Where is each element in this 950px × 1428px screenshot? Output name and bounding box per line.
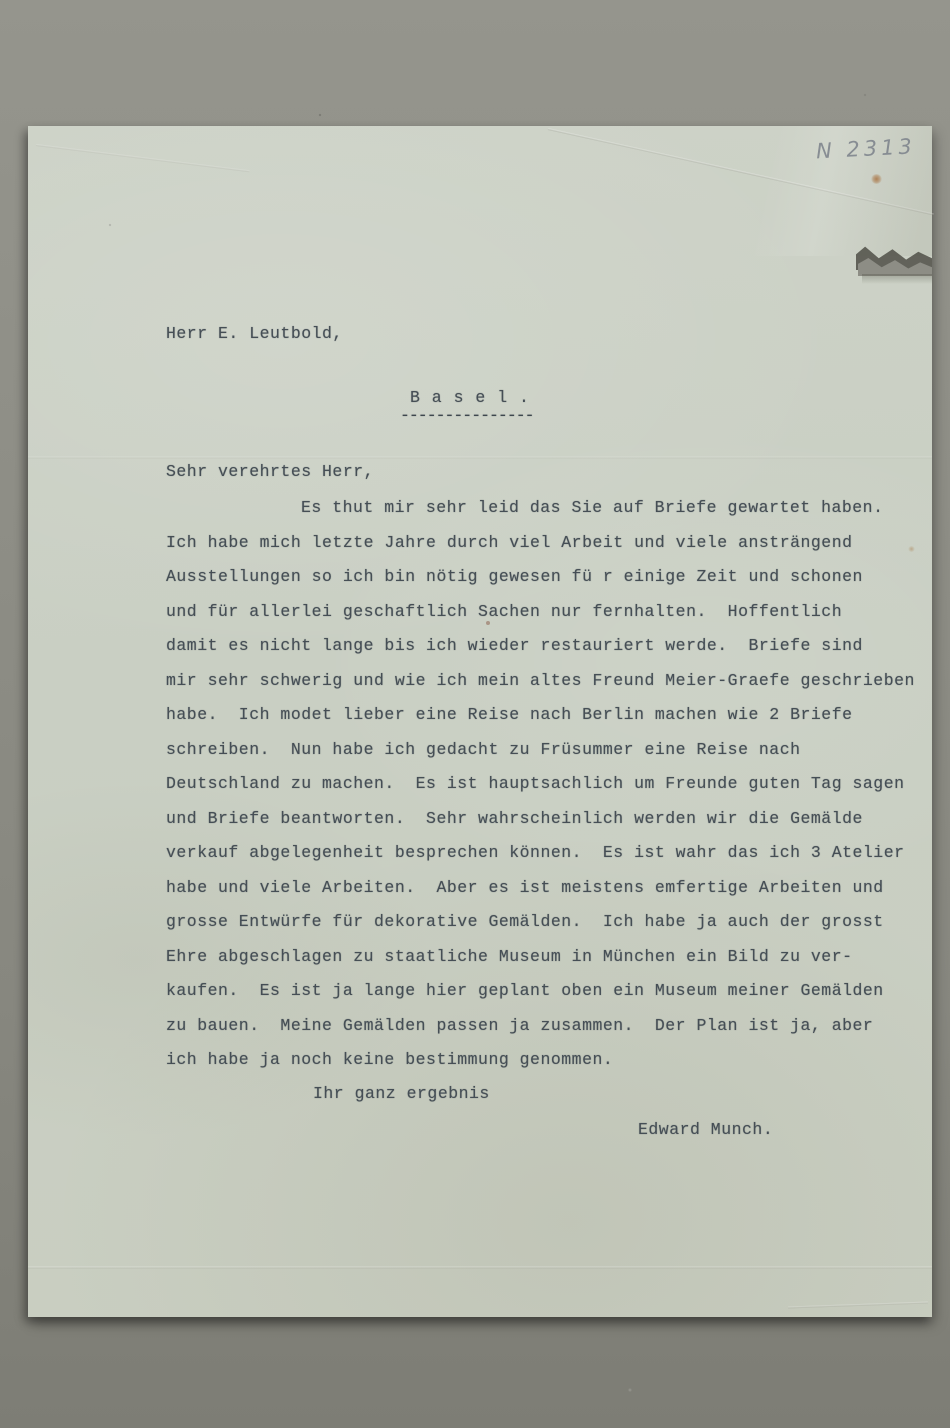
letter-line: verkauf abgelegenheit besprechen können.… [166,843,905,862]
letter-line: Deutschland zu machen. Es ist hauptsachl… [166,774,905,793]
photo-backdrop: N 2313 Herr E. Leutbold, B a s e l . ---… [0,0,950,1428]
salutation-line: Sehr verehrtes Herr, [166,462,374,481]
fold-crease [28,456,932,459]
stain-spot [486,621,490,625]
letter-line: kaufen. Es ist ja lange hier geplant obe… [166,981,884,1000]
letter-line: damit es nicht lange bis ich wieder rest… [166,636,863,655]
letter-line: Es thut mir sehr leid das Sie auf Briefe… [166,498,884,517]
crease-line [36,144,250,172]
letter-line: ich habe ja noch keine bestimmung genomm… [166,1050,613,1069]
letter-line: habe. Ich modet lieber eine Reise nach B… [166,705,853,724]
fold-crease [28,1266,932,1269]
letter-line: Ich habe mich letzte Jahre durch viel Ar… [166,533,853,552]
crease-line [788,1302,928,1309]
place-line: B a s e l . [410,388,530,407]
place-underline: --------------- [400,406,534,425]
stain-spot [871,174,882,184]
recipient-line: Herr E. Leutbold, [166,324,343,343]
letter-line: Ausstellungen so ich bin nötig gewesen f… [166,567,863,586]
letter-page: N 2313 Herr E. Leutbold, B a s e l . ---… [28,126,932,1317]
letter-line: Ehre abgeschlagen zu staatliche Museum i… [166,947,853,966]
archival-number: N 2313 [815,133,946,164]
letter-line: grosse Entwürfe für dekorative Gemälden.… [166,912,884,931]
torn-notch-edge [862,274,932,284]
closing-line: Ihr ganz ergebnis [313,1084,490,1103]
stain-spot [908,546,915,552]
letter-line: zu bauen. Meine Gemälden passen ja zusam… [166,1016,873,1035]
letter-line: habe und viele Arbeiten. Aber es ist mei… [166,878,884,897]
letter-line: mir sehr schwerig und wie ich mein altes… [166,671,915,690]
letter-line: schreiben. Nun habe ich gedacht zu Früsu… [166,740,801,759]
signature-line: Edward Munch. [638,1120,773,1139]
letter-line: und für allerlei geschaftlich Sachen nur… [166,602,842,621]
letter-line: und Briefe beantworten. Sehr wahrscheinl… [166,809,863,828]
